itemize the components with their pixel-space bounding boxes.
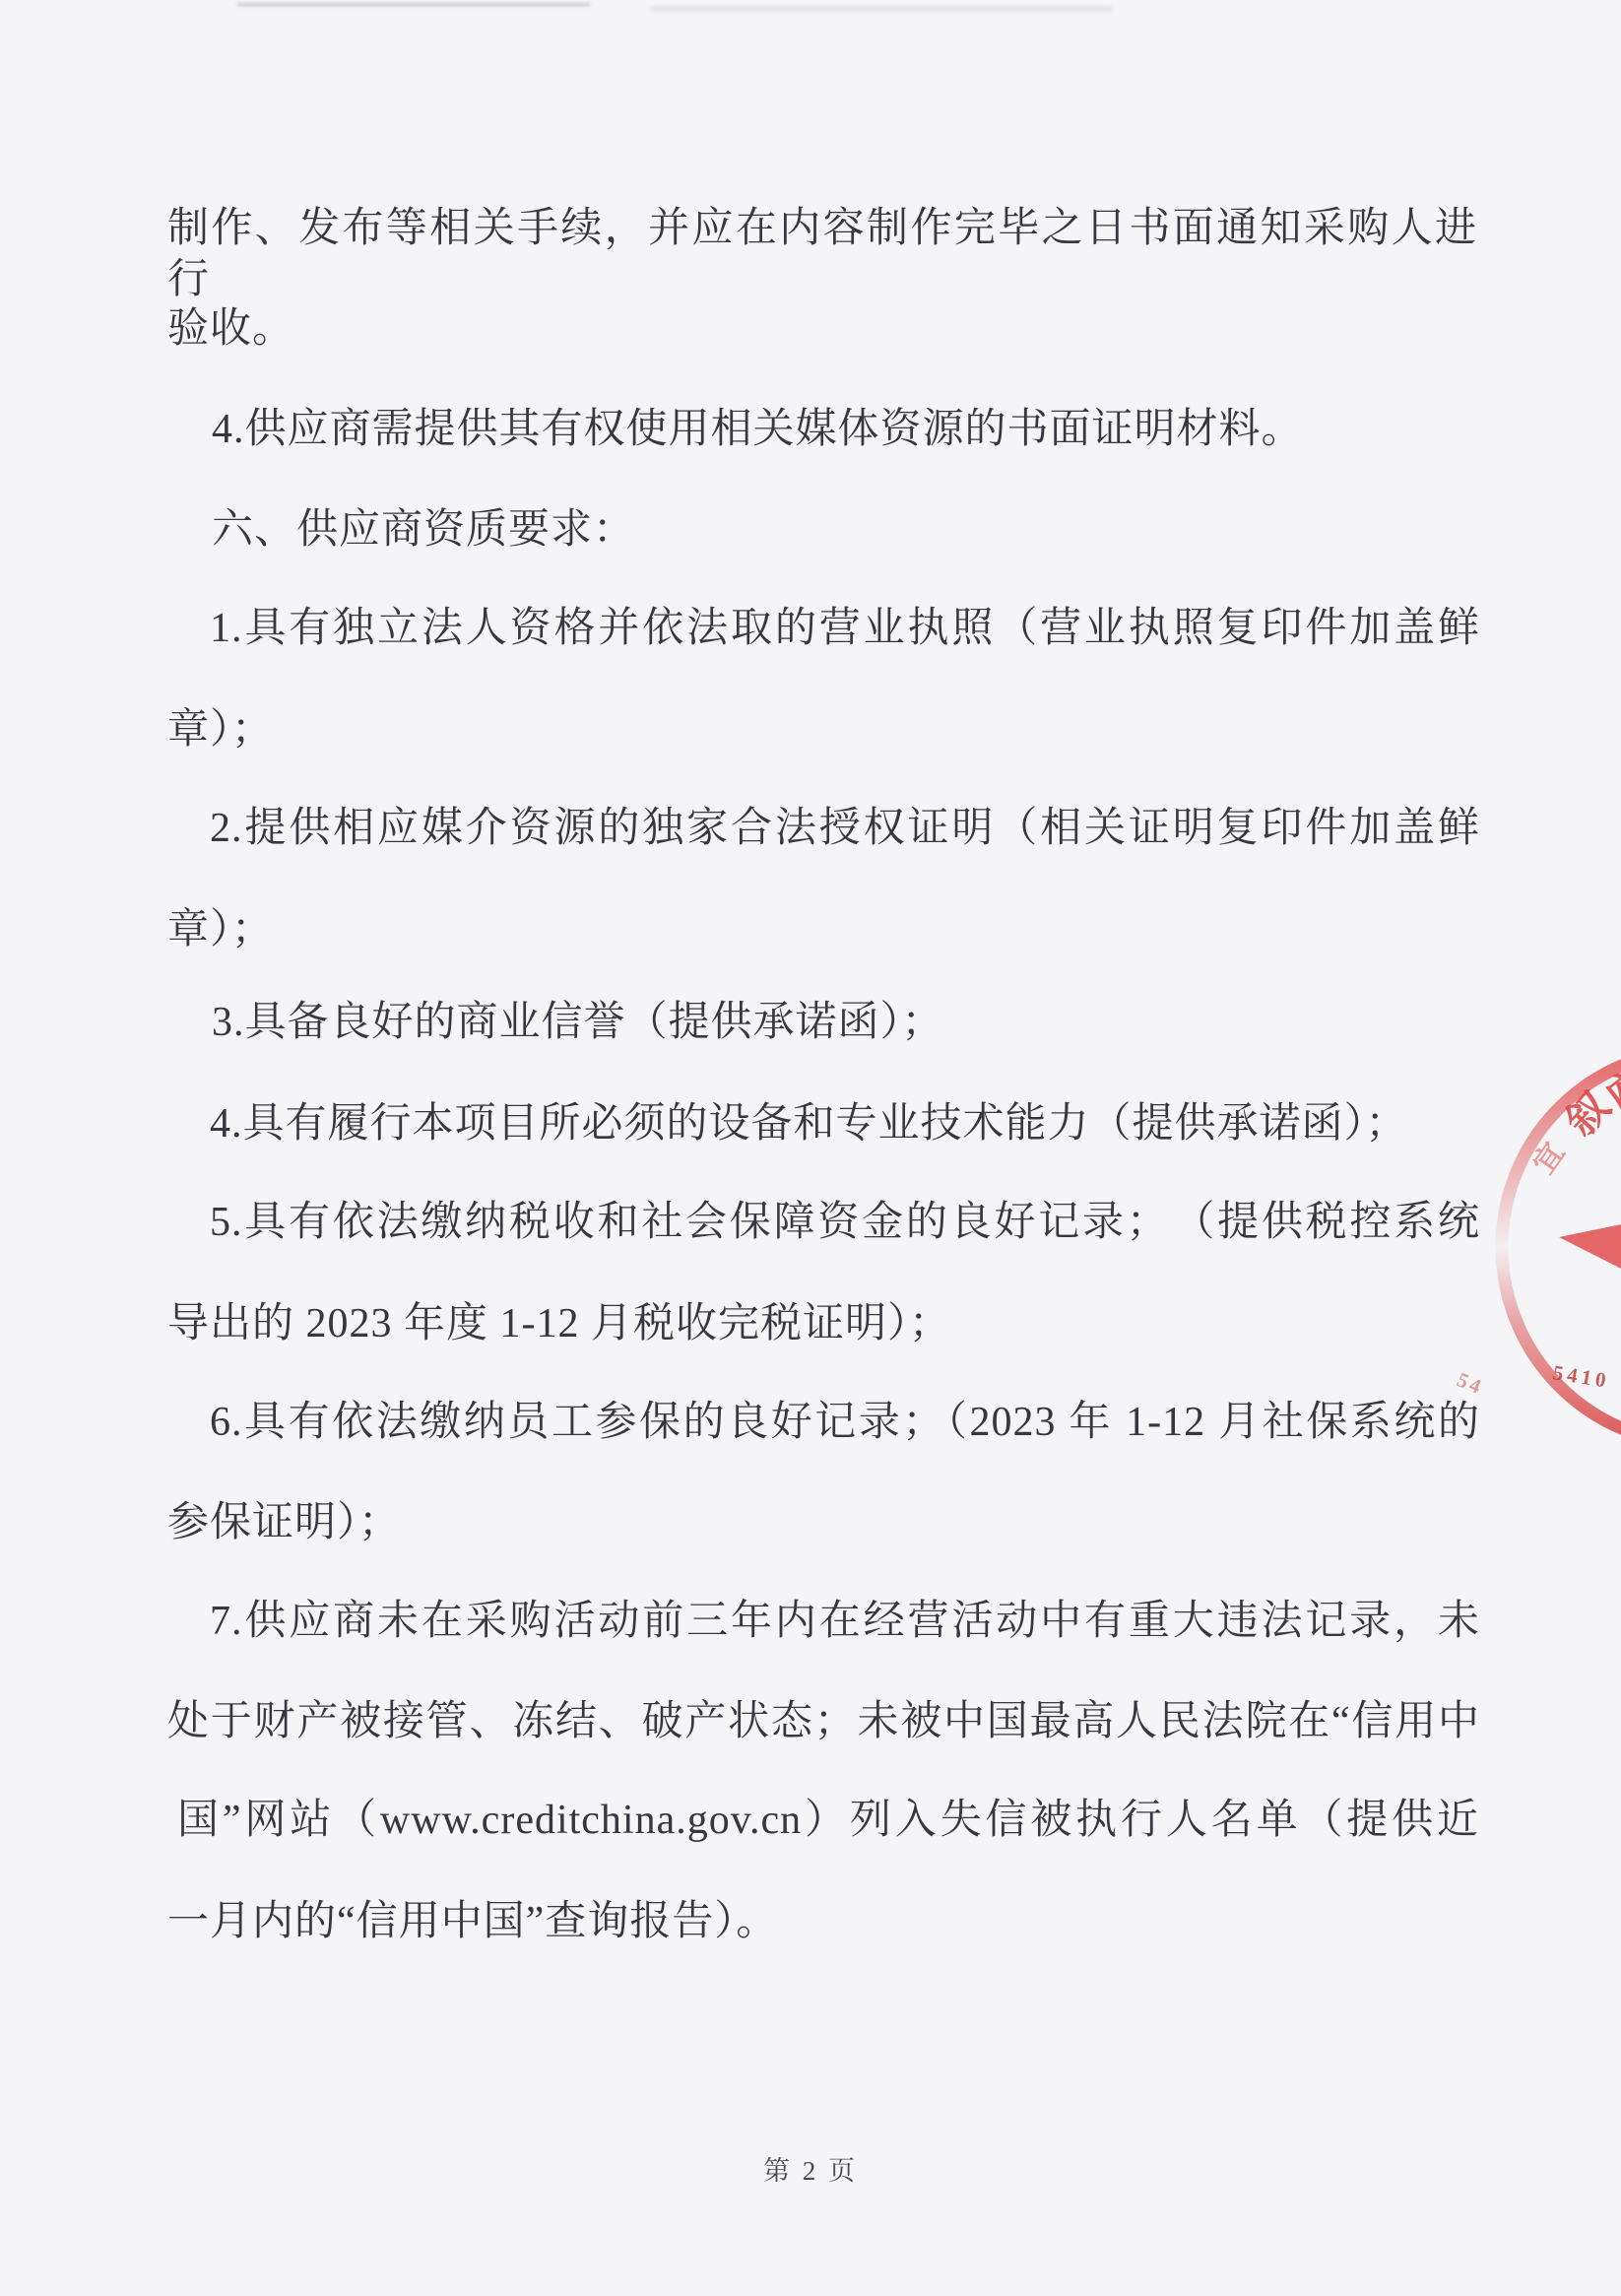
seal-text: 府 xyxy=(1598,1060,1621,1122)
seal-text: 宜 xyxy=(1527,1137,1571,1180)
seal-text: 叙 xyxy=(1557,1083,1619,1146)
seal-serial-number: 5410 xyxy=(1551,1360,1611,1393)
text-line: 参保证明）； xyxy=(167,1497,401,1548)
text-line: 4.供应商需提供其有权使用相关媒体资源的书面证明材料。 xyxy=(212,404,1304,455)
text-line: 一月内的“信用中国”查询报告）。 xyxy=(167,1896,778,1947)
section-heading: 六、供应商资质要求： xyxy=(212,504,635,556)
text-line: 6.具有依法缴纳员工参保的良好记录；（2023 年 1-12 月社保系统的 xyxy=(210,1397,1480,1448)
seal-star-icon xyxy=(1559,1139,1621,1357)
seal-serial-number: 54 xyxy=(1454,1367,1487,1399)
page-number: 第 2 页 xyxy=(763,2149,858,2188)
text-line: 5.具有依法缴纳税收和社会保障资金的良好记录； （提供税控系统 xyxy=(210,1197,1480,1248)
text-line: 4.具有履行本项目所必须的设备和专业技术能力（提供承诺函）； xyxy=(210,1098,1408,1149)
document-page: 制作、发布等相关手续，并应在内容制作完毕之日书面通知采购人进行 验收。 4.供应… xyxy=(0,0,1621,2296)
scan-smudge xyxy=(236,2,591,7)
text-line: 验收。 xyxy=(167,303,294,355)
text-line: 7.供应商未在采购活动前三年内在经营活动中有重大违法记录，未 xyxy=(210,1596,1480,1647)
text-line: 处于财产被接管、冻结、破产状态；未被中国最高人民法院在“信用中 xyxy=(167,1696,1480,1747)
text-line: 1.具有独立法人资格并依法取的营业执照（营业执照复印件加盖鲜 xyxy=(210,603,1480,654)
text-line: 章）； xyxy=(167,704,274,755)
text-line: 制作、发布等相关手续，并应在内容制作完毕之日书面通知采购人进行 xyxy=(167,203,1477,305)
scan-smudge xyxy=(650,6,1113,12)
text-line: 导出的 2023 年度 1-12 月税收完税证明）； xyxy=(167,1298,951,1349)
text-line: 2.提供相应媒介资源的独家合法授权证明（相关证明复印件加盖鲜 xyxy=(210,803,1480,854)
text-line: 章）； xyxy=(167,904,274,955)
seal-ring xyxy=(1502,1050,1621,1444)
text-line: 3.具备良好的商业信誉（提供承诺函）； xyxy=(212,997,944,1048)
text-line: 国”网站（www.creditchina.gov.cn）列入失信被执行人名单（提… xyxy=(177,1795,1479,1846)
